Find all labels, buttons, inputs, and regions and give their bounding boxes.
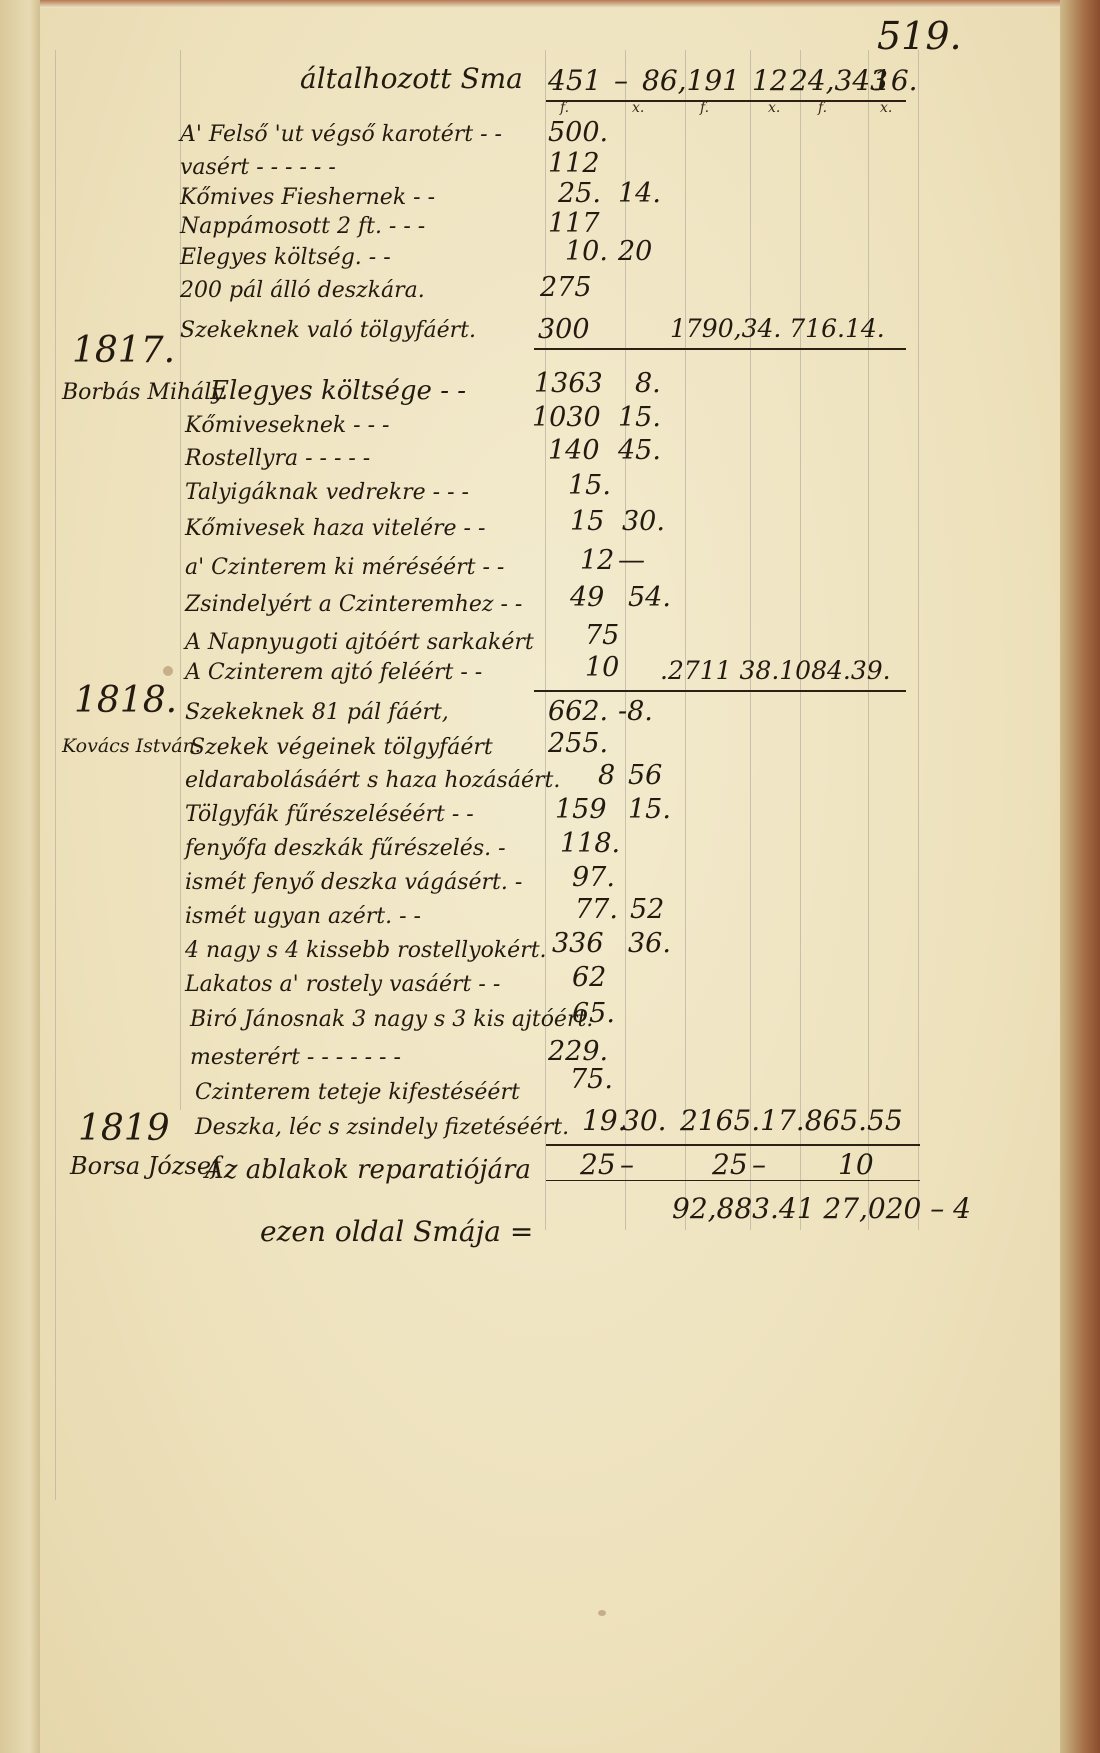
entry-forint: 75 [585,620,619,651]
entry-description: Nappámosott 2 ft. - - - [180,214,425,239]
entry-forint: 118. [560,828,620,859]
entry-forint: 662. [548,696,608,727]
entry-description: fenyőfa deszkák fűrészelés. - [185,836,506,861]
entry-description: ismét fenyő deszka vágásért. - [185,870,522,895]
entry-krajcar: 20 [618,236,652,267]
entry-forint: 25 [580,1148,616,1181]
page-sum-label: ezen oldal Smája = [260,1215,533,1248]
subtotal-rule [534,348,906,350]
subtotal-4-krajcar: – [752,1148,766,1181]
ink-stain [598,1610,606,1616]
unit-label: x. [632,100,644,116]
entry-krajcar: 8. [635,368,661,399]
subtotal-rule [546,1180,920,1181]
entry-krajcar: — [618,545,645,576]
entry-forint: 229. [548,1036,608,1067]
entry-krajcar: 14. [618,178,661,209]
book-edge-right [1060,0,1100,1753]
page-top-edge [40,0,1060,8]
person-name: Borsa József [70,1152,220,1180]
ruled-line [55,50,56,1500]
unit-label: f. [560,100,569,116]
entry-description: Kőmiveseknek - - - [185,413,389,438]
unit-label: f. [700,100,709,116]
entry-description: Kőmivesek haza vitelére - - [185,516,485,541]
entry-description: Zsindelyért a Czinteremhez - - [185,592,522,617]
subtotal-3: 2165.17.865.55 [680,1104,903,1137]
carried-total-label: általhozott Sma [300,62,523,95]
entry-description: Elegyes költsége - - [210,376,466,406]
entry-forint: 19. [582,1104,627,1137]
person-name: Kovács István. [62,735,201,757]
entry-description: 4 nagy s 4 kissebb rostellyokért. [185,938,547,963]
entry-forint: 65. [572,998,615,1029]
entry-krajcar: 36. [628,928,671,959]
entry-forint: 1030 [532,402,601,433]
entry-krajcar: 52 [630,894,664,925]
entry-forint: 10 [585,652,619,683]
entry-description: A' Felső 'ut végső karotért - - [180,122,502,147]
subtotal-1: 1790,34. 716.14. [670,314,885,343]
entry-description: Lakatos a' rostely vasáért - - [185,972,500,997]
entry-forint: 1363 [534,368,603,399]
ruled-line [800,50,801,1230]
year-1817: 1817. [72,330,175,371]
entry-krajcar: – [620,1148,634,1181]
page-sum-value: 92,883.41 27,020 – 4 [672,1192,971,1225]
entry-description: a' Czinterem ki méréséért - - [185,555,504,580]
entry-description: Az ablakok reparatiójára [205,1155,531,1185]
entry-forint: 255. [548,728,608,759]
entry-description: Szekeknek való tölgyfáért. [180,318,476,343]
entry-description: A Czinterem ajtó feléért - - [185,660,482,685]
subtotal-4-second: 10 [838,1148,874,1181]
entry-forint: 140 [548,435,600,466]
year-1819: 1819 [78,1108,170,1149]
page-number: 519. [877,14,962,58]
entry-forint: 15 [570,506,604,537]
entry-description: Tölgyfák fűrészeléséért - - [185,802,474,827]
entry-forint: 49 [570,582,604,613]
entry-description: Rostellyra - - - - - [185,446,370,471]
entry-krajcar: 30. [622,1104,667,1137]
header-rule [546,100,906,102]
entry-description: Talyigáknak vedrekre - - - [185,480,469,505]
entry-krajcar: 30. [622,506,665,537]
carried-total-x3: 16. [873,64,918,97]
ruled-line [625,50,626,1230]
subtotal-rule [546,1144,920,1146]
entry-forint: 97. [572,862,615,893]
entry-krajcar: 56 [628,760,662,791]
entry-forint: 112 [548,148,600,179]
unit-label: x. [880,100,892,116]
person-name: Borbás Mihály. [62,380,228,405]
entry-forint: 275 [540,272,592,303]
entry-krajcar: 15. [618,402,661,433]
entry-description: Kőmives Fieshernek - - [180,185,435,210]
entry-krajcar: 15. [628,794,671,825]
entry-forint: 336 [552,928,604,959]
entry-description: eldarabolásáért s haza hozásáért. [185,768,560,793]
entry-forint: 15. [568,470,611,501]
entry-forint: 500. [548,117,608,148]
ruled-line [918,50,919,1230]
entry-description: A Napnyugoti ajtóért sarkakért [185,630,534,655]
entry-forint: 75. [570,1064,613,1095]
ruled-line [868,50,869,1230]
unit-label: x. [768,100,780,116]
carried-total-f2: 86,191 [642,64,740,97]
entry-description: mesterért - - - - - - - [190,1045,401,1070]
entry-forint: 62 [572,962,606,993]
ruled-line [685,50,686,1230]
entry-description: 200 pál álló deszkára. [180,278,425,303]
entry-forint: 25. [558,178,601,209]
entry-description: Elegyes költség. - - [180,245,391,270]
ink-stain [163,666,173,676]
entry-forint: 12 [580,545,614,576]
entry-description: Szekeknek 81 pál fáért, [185,700,449,725]
carried-total-x2: 12 [752,64,788,97]
entry-description: Czinterem teteje kifestéséért [195,1080,520,1105]
entry-forint: 77. [575,894,618,925]
entry-description: Szekek végeinek tölgyfáért [190,735,493,760]
unit-label: f. [818,100,827,116]
entry-description: vasért - - - - - - [180,155,336,180]
entry-forint: 10. [565,236,608,267]
entry-forint: 300 [538,314,590,345]
entry-description: ismét ugyan azért. - - [185,904,421,929]
subtotal-4-forint: 25 [712,1148,748,1181]
entry-krajcar: 45. [618,435,661,466]
entry-description: Biró Jánosnak 3 nagy s 3 kis ajtóért. [190,1007,593,1032]
entry-forint: 8 [598,760,615,791]
entry-forint: 159 [555,794,607,825]
carried-total-f1: 451 [548,64,601,97]
year-1818: 1818. [74,680,177,721]
entry-description: Deszka, léc s zsindely fizetéséért. [195,1115,569,1140]
subtotal-rule [534,690,906,692]
entry-forint: 117 [548,208,600,239]
subtotal-2: .2711 38.1084.39. [660,656,891,685]
carried-total-x1: – [614,64,628,97]
ruled-line [545,50,546,1230]
ruled-line [750,50,751,1230]
entry-krajcar: -8. [618,696,653,727]
book-gutter-left [0,0,43,1753]
entry-krajcar: 54. [628,582,671,613]
